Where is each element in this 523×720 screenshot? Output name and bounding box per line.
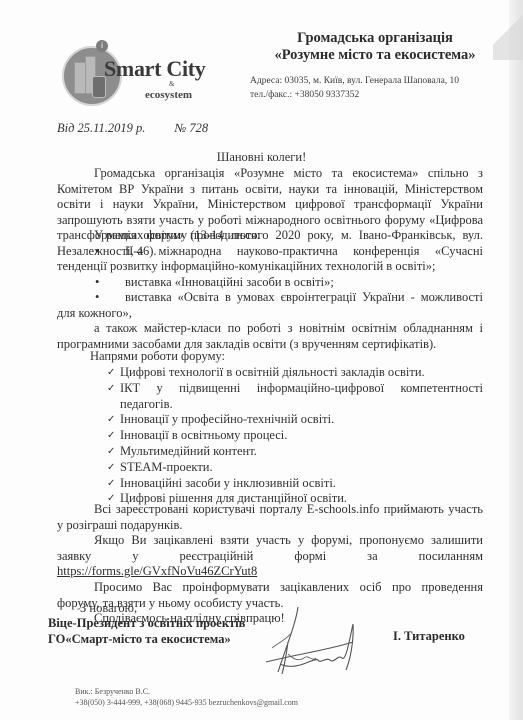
logo-ampersand: & <box>169 80 174 88</box>
direction-item: ✓Мультимедійний контент. <box>107 444 483 460</box>
signature-icon <box>258 602 358 682</box>
signer-role: Віце-Президент з освітніх проектів ГО«См… <box>48 616 245 647</box>
org-line-1: Громадська організація <box>250 30 500 47</box>
event-item: • виставка «Інноваційні засоби в освіті»… <box>57 275 483 291</box>
event-item: • ІІ-а міжнародна науково-практична конф… <box>57 244 483 275</box>
logo-brand: Smart City <box>104 56 205 82</box>
directions-list: ✓Цифрові технології в освітній діяльност… <box>107 365 483 507</box>
registration-link[interactable]: https://forms.gle/GVxfNoVu46ZCrYut8 <box>57 564 257 578</box>
letter-date: Від 25.11.2019 р. <box>57 121 145 135</box>
raffle-text: Всі зареєстровані користувачі порталу E-… <box>57 502 483 533</box>
direction-item: ✓STEAM-проекти. <box>107 460 483 476</box>
executor-contacts: +38(050) 3-444-999, +38(068) 9445-935 be… <box>75 697 298 708</box>
checkmark-icon: ✓ <box>107 460 115 476</box>
organization-name: Громадська організація «Розумне місто та… <box>250 30 500 64</box>
event-item: • виставка «Освіта в умовах євроінтеграц… <box>57 290 483 321</box>
directions-heading: Напрями роботи форуму: <box>90 349 225 364</box>
checkmark-icon: ✓ <box>107 476 115 492</box>
smart-city-logo: i Smart City & ecosystem <box>62 40 202 106</box>
direction-item: ✓ІКТ у підвищенні інформаційно-цифрової … <box>107 381 483 413</box>
phone: тел./факс.: +38050 9337352 <box>250 88 459 102</box>
organization-contacts: Адреса: 03035, м. Київ, вул. Генерала Ша… <box>250 74 459 102</box>
address: Адреса: 03035, м. Київ, вул. Генерала Ша… <box>250 74 459 88</box>
signer-name: І. Титаренко <box>393 629 465 644</box>
checkmark-icon: ✓ <box>107 428 115 444</box>
direction-item: ✓Інновації в освітньому процесі. <box>107 428 483 444</box>
executor-name: Вик.: Безрученко В.С. <box>75 686 298 697</box>
checkmark-icon: ✓ <box>107 365 115 381</box>
org-line-2: «Розумне місто та екосистема» <box>250 47 500 64</box>
direction-item: ✓Інновації у професійно-технічній освіті… <box>107 412 483 428</box>
logo-tagline: ecosystem <box>145 89 192 101</box>
checkmark-icon: ✓ <box>107 381 115 397</box>
bullet-icon: • <box>95 244 99 260</box>
regards: З повагою, <box>80 601 137 616</box>
bullet-icon: • <box>95 275 99 291</box>
page-edge-shadow <box>509 0 523 720</box>
letter-page: i Smart City & ecosystem Громадська орга… <box>0 0 523 720</box>
events-section: У рамках форуму проводиться: • ІІ-а міжн… <box>57 228 483 352</box>
bullet-icon: • <box>95 290 99 306</box>
direction-item: ✓Інноваційні засоби у інклюзивній освіті… <box>107 476 483 492</box>
register-paragraph: Якщо Ви зацікавлені взяти участь у форум… <box>57 533 483 580</box>
letter-number: № 728 <box>175 121 209 135</box>
letter-reference: Від 25.11.2019 р. № 728 <box>57 121 208 136</box>
direction-item: ✓Цифрові технології в освітній діяльност… <box>107 365 483 381</box>
greeting: Шановні колеги! <box>0 150 523 165</box>
executor-footer: Вик.: Безрученко В.С. +38(050) 3-444-999… <box>75 686 298 708</box>
events-heading: У рамках форуму проводиться: <box>57 228 483 244</box>
checkmark-icon: ✓ <box>107 412 115 428</box>
checkmark-icon: ✓ <box>107 444 115 460</box>
info-badge-icon: i <box>96 40 108 52</box>
masterclasses-text: а також майстер-класи по роботі з новітн… <box>57 321 483 352</box>
